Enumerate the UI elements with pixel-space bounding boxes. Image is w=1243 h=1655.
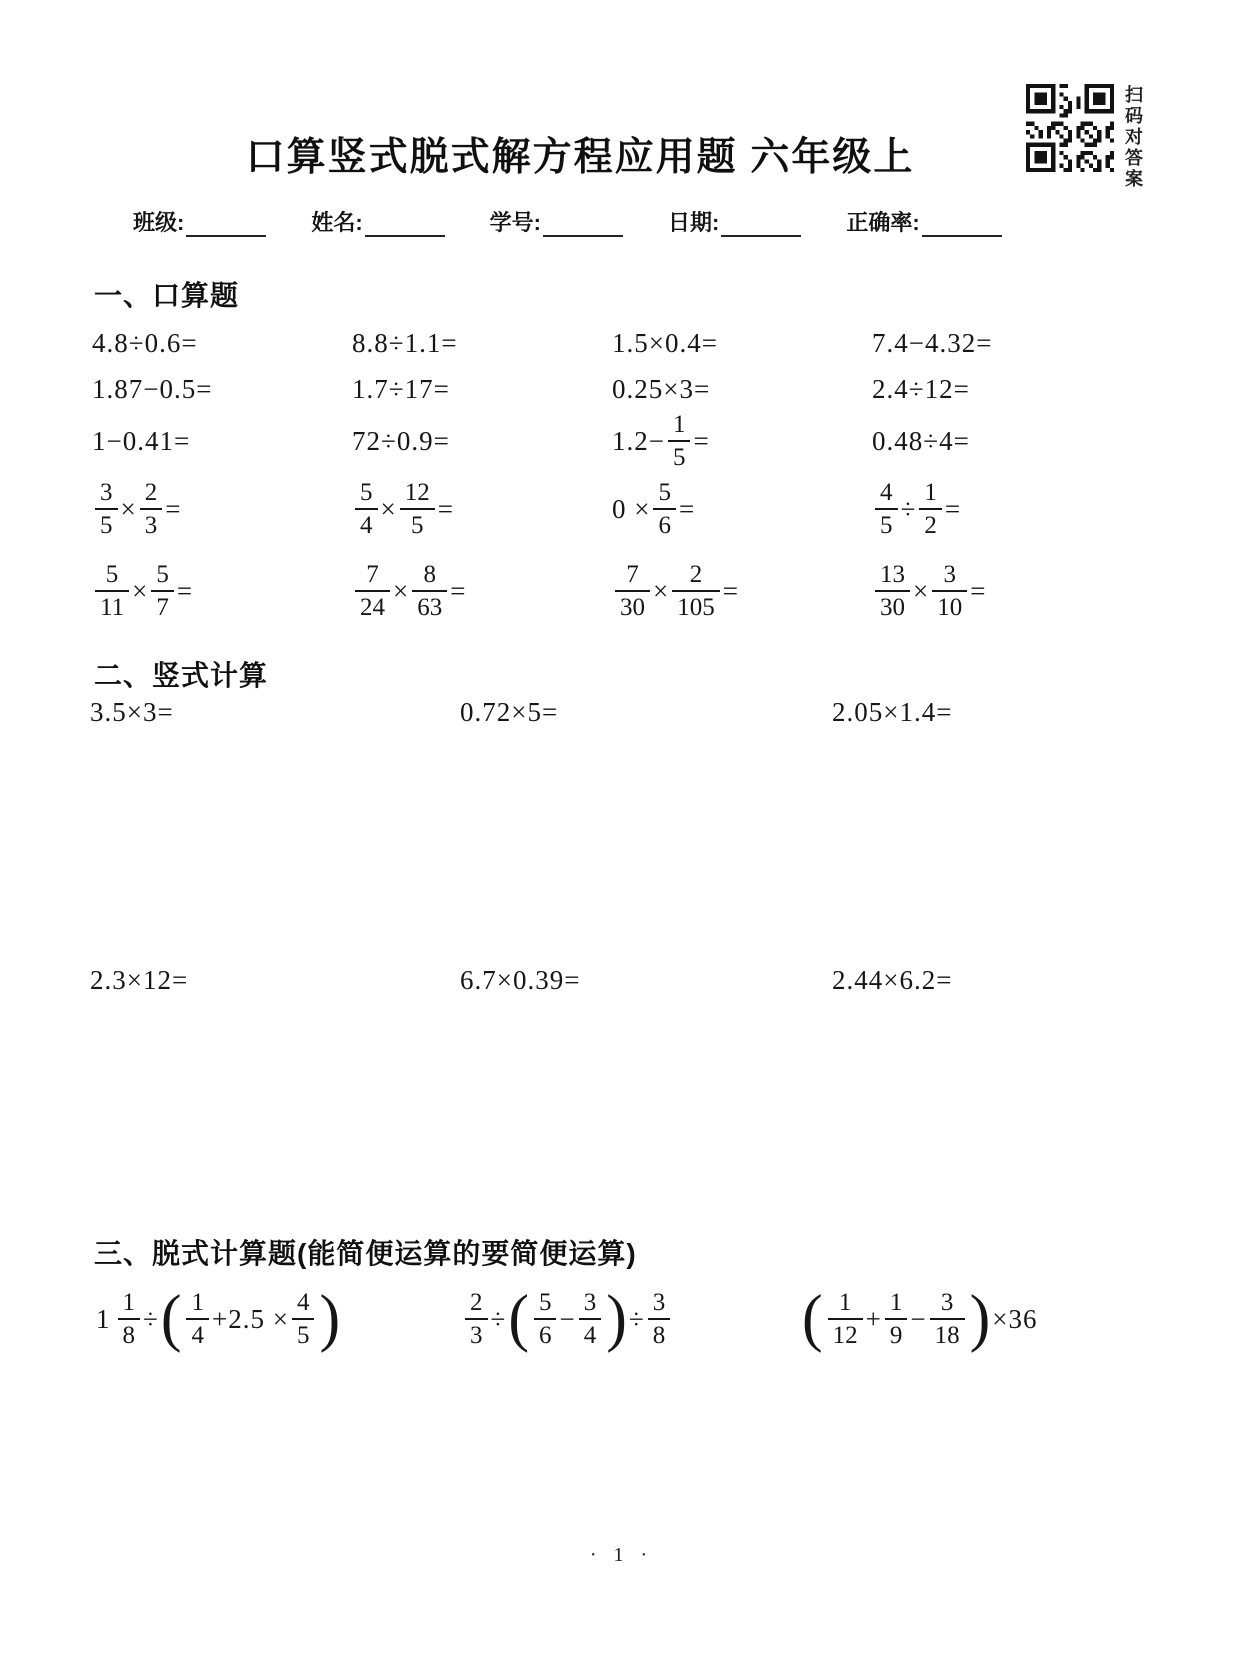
math-text: +2.5 × (212, 1304, 289, 1335)
oral-row: 1.87−0.5=1.7÷17=0.25×3=2.4÷12= (92, 366, 1162, 412)
math-text: 1.87−0.5= (92, 374, 212, 405)
fraction: 730 (615, 561, 650, 621)
blank-line (721, 211, 801, 237)
fraction-denominator: 2 (919, 510, 942, 539)
math-text: × (132, 576, 148, 607)
math-text: ×36 (992, 1304, 1037, 1335)
math-text: − (910, 1304, 926, 1335)
fraction-numerator: 3 (936, 1289, 959, 1318)
fraction-numerator: 7 (361, 561, 384, 590)
big-paren: ) (970, 1293, 991, 1345)
fraction-denominator: 4 (355, 510, 378, 539)
fraction-denominator: 63 (412, 592, 447, 621)
big-paren: ( (161, 1293, 182, 1345)
big-paren: ) (319, 1293, 340, 1345)
oral-problems-grid: 4.8÷0.6=8.8÷1.1=1.5×0.4=7.4−4.32=1.87−0.… (92, 320, 1162, 634)
expression: 3.5×3= (90, 697, 174, 728)
expression: 1.7÷17= (352, 374, 450, 405)
fraction: 35 (95, 479, 118, 539)
fraction-numerator: 1 (919, 479, 942, 508)
student-info-row: 班级: 姓名: 学号: 日期: 正确率: (133, 206, 1002, 237)
fraction: 112 (828, 1289, 863, 1349)
fraction: 45 (875, 479, 898, 539)
fraction-numerator: 8 (418, 561, 441, 590)
fraction-numerator: 2 (685, 561, 708, 590)
expression: 4.8÷0.6= (92, 328, 198, 359)
math-text: ÷ (491, 1304, 507, 1335)
math-problem: (112+19−318)×36 (800, 1289, 1038, 1349)
expression: 1−0.41= (92, 426, 190, 457)
fraction-denominator: 7 (151, 592, 174, 621)
math-text: = (450, 576, 466, 607)
page-number: · 1 · (0, 1544, 1243, 1567)
expression: 730×2105= (612, 561, 739, 621)
blank-line (186, 211, 266, 237)
math-problem: 6.7×0.39= (460, 965, 832, 996)
math-text: = (177, 576, 193, 607)
fraction-numerator: 3 (95, 479, 118, 508)
fraction-denominator: 4 (186, 1320, 209, 1349)
fraction-denominator: 5 (668, 442, 691, 471)
math-text: ÷ (901, 494, 917, 525)
fraction: 318 (930, 1289, 965, 1349)
fraction-denominator: 12 (828, 1320, 863, 1349)
big-paren: ( (802, 1293, 823, 1345)
expression: 0.25×3= (612, 374, 710, 405)
fraction-numerator: 5 (151, 561, 174, 590)
oral-row: 511×57=724×863=730×2105=1330×310= (92, 548, 1162, 634)
fraction: 724 (355, 561, 390, 621)
stepwise-problems-row: 118÷(14+2.5 ×45)23÷(56−34)÷38(112+19−318… (96, 1274, 1038, 1364)
fraction: 125 (400, 479, 435, 539)
expression: 0.48÷4= (872, 426, 970, 457)
fraction-numerator: 5 (534, 1289, 557, 1318)
fraction-denominator: 3 (465, 1320, 488, 1349)
fraction-numerator: 3 (579, 1289, 602, 1318)
fraction: 19 (885, 1289, 908, 1349)
fraction-denominator: 6 (653, 510, 676, 539)
math-text: 0.25×3= (612, 374, 710, 405)
expression: 6.7×0.39= (460, 965, 580, 996)
fraction-denominator: 10 (932, 592, 967, 621)
fraction-denominator: 5 (95, 510, 118, 539)
fraction-numerator: 5 (355, 479, 378, 508)
math-problem: 7.4−4.32= (872, 328, 1132, 359)
oral-row: 35×23=54×125=0 ×56=45÷12= (92, 470, 1162, 548)
section-2-heading: 二、竖式计算 (94, 654, 268, 694)
fraction-numerator: 3 (648, 1289, 671, 1318)
math-text: 6.7×0.39= (460, 965, 580, 996)
expression: 511×57= (92, 561, 193, 621)
math-problem: 3.5×3= (90, 697, 460, 728)
expression: 2.4÷12= (872, 374, 970, 405)
math-text: 3.5×3= (90, 697, 174, 728)
fraction-denominator: 5 (406, 510, 429, 539)
field-class-label: 班级: (133, 206, 184, 237)
fraction: 511 (95, 561, 129, 621)
math-text: 2.3×12= (90, 965, 188, 996)
field-accuracy: 正确率: (846, 206, 1001, 237)
fraction: 14 (186, 1289, 209, 1349)
field-name-label: 姓名: (311, 206, 362, 237)
math-problem: 724×863= (352, 561, 612, 621)
expression: 0.72×5= (460, 697, 558, 728)
expression: 8.8÷1.1= (352, 328, 458, 359)
fraction: 15 (668, 411, 691, 471)
math-problem: 54×125= (352, 479, 612, 539)
math-text: 8.8÷1.1= (352, 328, 458, 359)
math-text: = (945, 494, 961, 525)
fraction-denominator: 18 (930, 1320, 965, 1349)
expression: 72÷0.9= (352, 426, 450, 457)
math-text: = (723, 576, 739, 607)
math-problem: 35×23= (92, 479, 352, 539)
fraction: 1330 (875, 561, 910, 621)
big-paren: ) (606, 1293, 627, 1345)
math-problem: 0.72×5= (460, 697, 832, 728)
fraction-denominator: 9 (885, 1320, 908, 1349)
math-problem: 118÷(14+2.5 ×45) (96, 1289, 462, 1349)
math-text: = (693, 426, 709, 457)
fraction-denominator: 8 (648, 1320, 671, 1349)
vertical-calc-row-1: 3.5×3=0.72×5=2.05×1.4= (90, 692, 952, 732)
fraction-denominator: 5 (292, 1320, 315, 1349)
big-paren: ( (508, 1293, 529, 1345)
fraction-numerator: 5 (101, 561, 124, 590)
math-text: 72÷0.9= (352, 426, 450, 457)
math-text: = (970, 576, 986, 607)
fraction-denominator: 8 (118, 1320, 141, 1349)
worksheet-page: 扫码对答案 口算竖式脱式解方程应用题 六年级上 班级: 姓名: 学号: 日期: … (0, 0, 1243, 1655)
math-text: × (381, 494, 397, 525)
math-problem: 1.7÷17= (352, 374, 612, 405)
expression: 724×863= (352, 561, 466, 621)
fraction-numerator: 1 (668, 411, 691, 440)
fraction-numerator: 5 (653, 479, 676, 508)
fraction: 12 (919, 479, 942, 539)
math-problem: 45÷12= (872, 479, 1132, 539)
expression: 1.2−15= (612, 411, 710, 471)
math-text: 4.8÷0.6= (92, 328, 198, 359)
math-problem: 1−0.41= (92, 426, 352, 457)
fraction: 34 (579, 1289, 602, 1349)
math-text: = (165, 494, 181, 525)
field-accuracy-label: 正确率: (846, 206, 919, 237)
fraction-numerator: 3 (938, 561, 961, 590)
section-3-heading: 三、脱式计算题(能简便运算的要简便运算) (94, 1232, 637, 1272)
fraction-numerator: 1 (118, 1289, 141, 1318)
math-problem: 1.5×0.4= (612, 328, 872, 359)
expression: 1.87−0.5= (92, 374, 212, 405)
fraction-numerator: 2 (140, 479, 163, 508)
fraction-numerator: 4 (292, 1289, 315, 1318)
math-problem: 2.4÷12= (872, 374, 1132, 405)
math-problem: 511×57= (92, 561, 352, 621)
oral-row: 1−0.41=72÷0.9=1.2−15=0.48÷4= (92, 412, 1162, 470)
math-text: 2.4÷12= (872, 374, 970, 405)
fraction-numerator: 1 (834, 1289, 857, 1318)
fraction-denominator: 105 (672, 592, 720, 621)
math-text: − (559, 1304, 575, 1335)
expression: 1.5×0.4= (612, 328, 718, 359)
fraction-numerator: 12 (400, 479, 435, 508)
fraction: 38 (648, 1289, 671, 1349)
blank-line (922, 211, 1002, 237)
field-date: 日期: (668, 206, 801, 237)
blank-line (543, 211, 623, 237)
blank-line (365, 211, 445, 237)
fraction-denominator: 3 (140, 510, 163, 539)
math-text: × (913, 576, 929, 607)
fraction-denominator: 11 (95, 592, 129, 621)
math-text: 1−0.41= (92, 426, 190, 457)
math-text: 1.7÷17= (352, 374, 450, 405)
math-text: 0.72×5= (460, 697, 558, 728)
fraction: 23 (140, 479, 163, 539)
math-text: 1.2− (612, 426, 665, 457)
fraction: 45 (292, 1289, 315, 1349)
math-problem: 2.3×12= (90, 965, 460, 996)
field-name: 姓名: (311, 206, 444, 237)
math-text: 2.05×1.4= (832, 697, 952, 728)
field-class: 班级: (133, 206, 266, 237)
math-text: 1.5×0.4= (612, 328, 718, 359)
math-problem: 1.87−0.5= (92, 374, 352, 405)
math-text: 0.48÷4= (872, 426, 970, 457)
fraction: 23 (465, 1289, 488, 1349)
fraction: 57 (151, 561, 174, 621)
page-title: 口算竖式脱式解方程应用题 六年级上 (0, 126, 1160, 182)
math-problem: 730×2105= (612, 561, 872, 621)
expression: (112+19−318)×36 (800, 1289, 1038, 1349)
fraction: 18 (118, 1289, 141, 1349)
fraction-numerator: 7 (621, 561, 644, 590)
fraction: 2105 (672, 561, 720, 621)
math-problem: 0.25×3= (612, 374, 872, 405)
expression: 0 ×56= (612, 479, 695, 539)
section-1-heading: 一、口算题 (94, 274, 239, 314)
math-text: 2.44×6.2= (832, 965, 952, 996)
math-problem: 2.05×1.4= (832, 697, 952, 728)
fraction-denominator: 24 (355, 592, 390, 621)
expression: 35×23= (92, 479, 181, 539)
math-problem: 23÷(56−34)÷38 (462, 1289, 800, 1349)
fraction: 54 (355, 479, 378, 539)
math-problem: 1330×310= (872, 561, 1132, 621)
expression: 118÷(14+2.5 ×45) (96, 1289, 342, 1349)
field-student-id-label: 学号: (490, 206, 541, 237)
math-problem: 0 ×56= (612, 479, 872, 539)
math-problem: 4.8÷0.6= (92, 328, 352, 359)
expression: 54×125= (352, 479, 454, 539)
math-text: 0 × (612, 494, 650, 525)
fraction-denominator: 30 (875, 592, 910, 621)
vertical-calc-row-2: 2.3×12=6.7×0.39=2.44×6.2= (90, 960, 952, 1000)
fraction-numerator: 1 (885, 1289, 908, 1318)
math-text: × (121, 494, 137, 525)
field-date-label: 日期: (668, 206, 719, 237)
expression: 2.3×12= (90, 965, 188, 996)
math-text: × (653, 576, 669, 607)
fraction: 56 (534, 1289, 557, 1349)
fraction-numerator: 13 (875, 561, 910, 590)
math-text: = (438, 494, 454, 525)
math-text: + (866, 1304, 882, 1335)
expression: 1330×310= (872, 561, 986, 621)
fraction: 56 (653, 479, 676, 539)
fraction-denominator: 4 (579, 1320, 602, 1349)
fraction-numerator: 4 (875, 479, 898, 508)
oral-row: 4.8÷0.6=8.8÷1.1=1.5×0.4=7.4−4.32= (92, 320, 1162, 366)
expression: 7.4−4.32= (872, 328, 992, 359)
expression: 2.44×6.2= (832, 965, 952, 996)
fraction-denominator: 30 (615, 592, 650, 621)
math-problem: 2.44×6.2= (832, 965, 952, 996)
expression: 2.05×1.4= (832, 697, 952, 728)
fraction-denominator: 6 (534, 1320, 557, 1349)
fraction-numerator: 2 (465, 1289, 488, 1318)
math-problem: 0.48÷4= (872, 426, 1132, 457)
fraction: 863 (412, 561, 447, 621)
fraction-numerator: 1 (186, 1289, 209, 1318)
math-problem: 72÷0.9= (352, 426, 612, 457)
math-problem: 8.8÷1.1= (352, 328, 612, 359)
math-text: ÷ (143, 1304, 159, 1335)
whole-number: 1 (96, 1304, 110, 1335)
math-text: × (393, 576, 409, 607)
field-student-id: 学号: (490, 206, 623, 237)
math-problem: 1.2−15= (612, 411, 872, 471)
math-text: = (679, 494, 695, 525)
expression: 45÷12= (872, 479, 961, 539)
fraction-denominator: 5 (875, 510, 898, 539)
expression: 23÷(56−34)÷38 (462, 1289, 673, 1349)
math-text: 7.4−4.32= (872, 328, 992, 359)
fraction: 310 (932, 561, 967, 621)
math-text: ÷ (629, 1304, 645, 1335)
